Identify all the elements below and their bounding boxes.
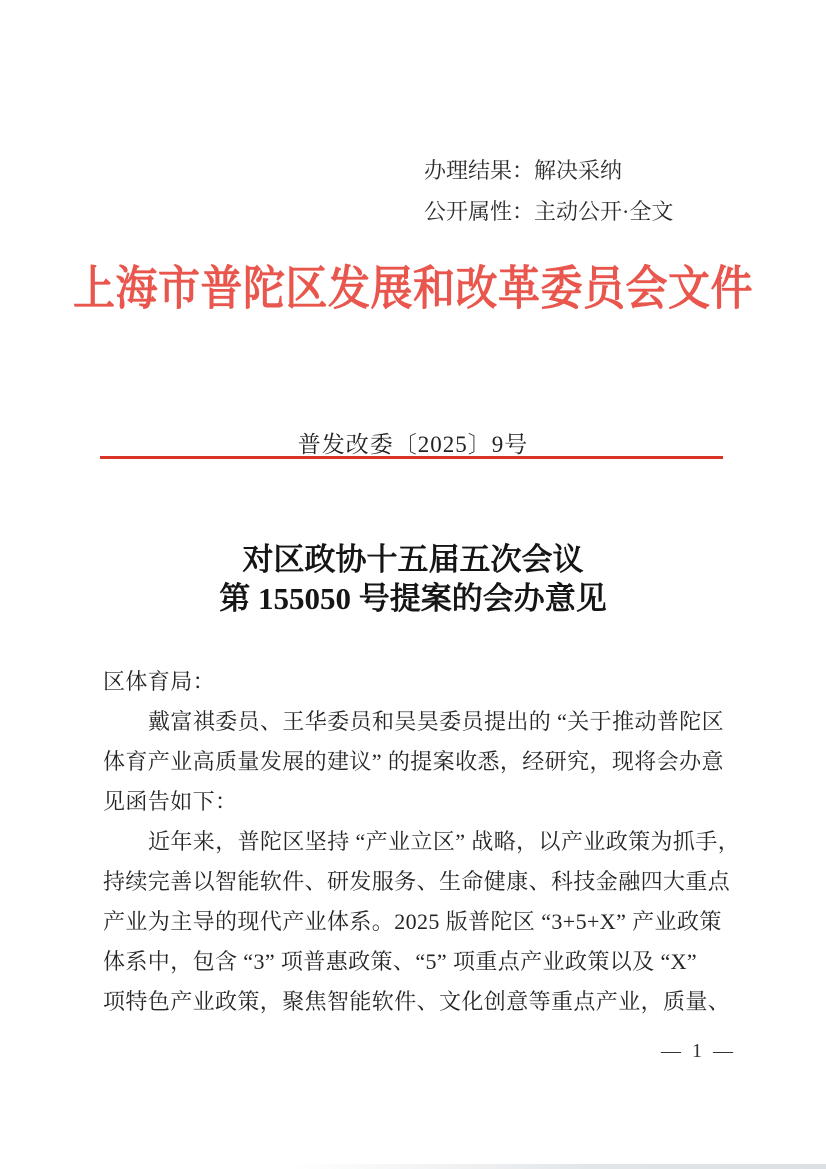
body-text-line: 戴富祺委员、王华委员和吴昊委员提出的 “关于推动普陀区 [103,702,725,742]
publicity-attribute: 公开属性：主动公开·全文 [424,191,673,232]
agency-banner: 上海市普陀区发展和改革委员会文件 [0,252,826,319]
document-body: 区体育局：戴富祺委员、王华委员和吴昊委员提出的 “关于推动普陀区体育产业高质量发… [103,662,725,1022]
body-text-line: 体育产业高质量发展的建议” 的提案收悉，经研究，现将会办意 [103,742,725,782]
body-text-line: 区体育局： [103,662,725,702]
document-number: 普发改委〔2025〕9号 [0,426,826,459]
body-text-line: 项特色产业政策，聚焦智能软件、文化创意等重点产业，质量、 [103,982,725,1022]
body-text-line: 见函告如下： [103,782,725,822]
title-line-2: 第 155050 号提案的会办意见 [0,579,826,618]
document-title: 对区政协十五届五次会议 第 155050 号提案的会办意见 [0,540,826,618]
meta-block: 办理结果：解决采纳 公开属性：主动公开·全文 [424,150,673,232]
red-divider-line [100,456,723,459]
page-number: — 1 — [661,1040,736,1063]
body-text-line: 近年来，普陀区坚持 “产业立区” 战略，以产业政策为抓手， [103,822,725,862]
title-line-1: 对区政协十五届五次会议 [0,540,826,579]
body-text-line: 产业为主导的现代产业体系。2025 版普陀区 “3+5+X” 产业政策 [103,902,725,942]
document-page: 办理结果：解决采纳 公开属性：主动公开·全文 上海市普陀区发展和改革委员会文件 … [0,0,826,1169]
body-text-line: 体系中，包含 “3” 项普惠政策、“5” 项重点产业政策以及 “X” [103,942,725,982]
scan-edge-artifact [290,1164,826,1169]
handling-result: 办理结果：解决采纳 [424,150,673,191]
body-text-line: 持续完善以智能软件、研发服务、生命健康、科技金融四大重点 [103,862,725,902]
